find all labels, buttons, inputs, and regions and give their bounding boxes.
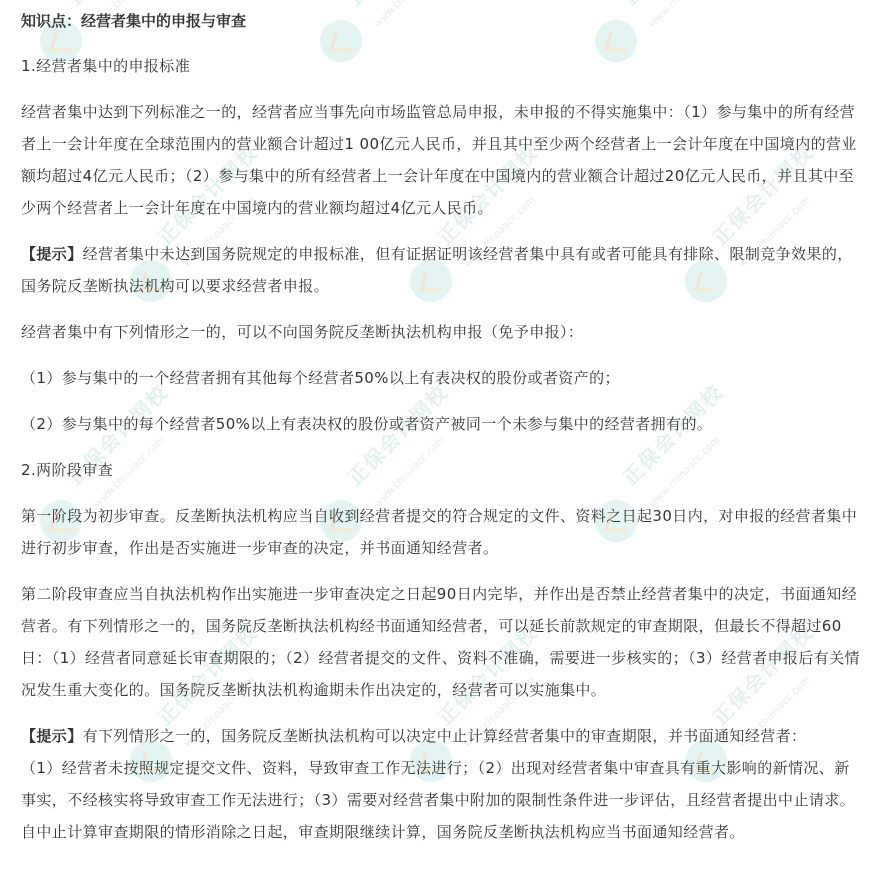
tip-text: 经营者集中未达到国务院规定的申报标准，但有证据证明该经营者集中具有或者可能具有排…	[21, 245, 853, 295]
page-title: 知识点：经营者集中的申报与审查	[21, 8, 860, 34]
tip-label: 【提示】	[21, 245, 83, 263]
paragraph-filing-thresholds: 经营者集中达到下列标准之一的，经营者应当事先向市场监管总局申报，未申报的不得实施…	[21, 96, 860, 224]
section-heading-2: 2.两阶段审查	[21, 454, 860, 486]
tip-suspension: 【提示】有下列情形之一的，国务院反垄断执法机构可以决定中止计算经营者集中的审查期…	[21, 720, 860, 752]
tip-suspension-items: （1）经营者未按照规定提交文件、资料，导致审查工作无法进行；（2）出现对经营者集…	[21, 752, 860, 848]
paragraph-stage-one: 第一阶段为初步审查。反垄断执法机构应当自收到经营者提交的符合规定的文件、资料之日…	[21, 500, 860, 564]
paragraph-stage-two: 第二阶段审查应当自执法机构作出实施进一步审查决定之日起90日内完毕，并作出是否禁…	[21, 578, 860, 706]
exemption-item-2: （2）参与集中的每个经营者50%以上有表决权的股份或者资产被同一个未参与集中的经…	[21, 408, 860, 440]
tip-label: 【提示】	[21, 727, 83, 745]
article-body: 知识点：经营者集中的申报与审查 1.经营者集中的申报标准 经营者集中达到下列标准…	[0, 0, 874, 848]
section-heading-1: 1.经营者集中的申报标准	[21, 50, 860, 82]
tip-filing: 【提示】经营者集中未达到国务院规定的申报标准，但有证据证明该经营者集中具有或者可…	[21, 238, 860, 302]
exemption-intro: 经营者集中有下列情形之一的，可以不向国务院反垄断执法机构申报（免予申报）：	[21, 316, 860, 348]
exemption-item-1: （1）参与集中的一个经营者拥有其他每个经营者50%以上有表决权的股份或者资产的；	[21, 362, 860, 394]
tip-text: 有下列情形之一的，国务院反垄断执法机构可以决定中止计算经营者集中的审查期限，并书…	[83, 727, 807, 745]
